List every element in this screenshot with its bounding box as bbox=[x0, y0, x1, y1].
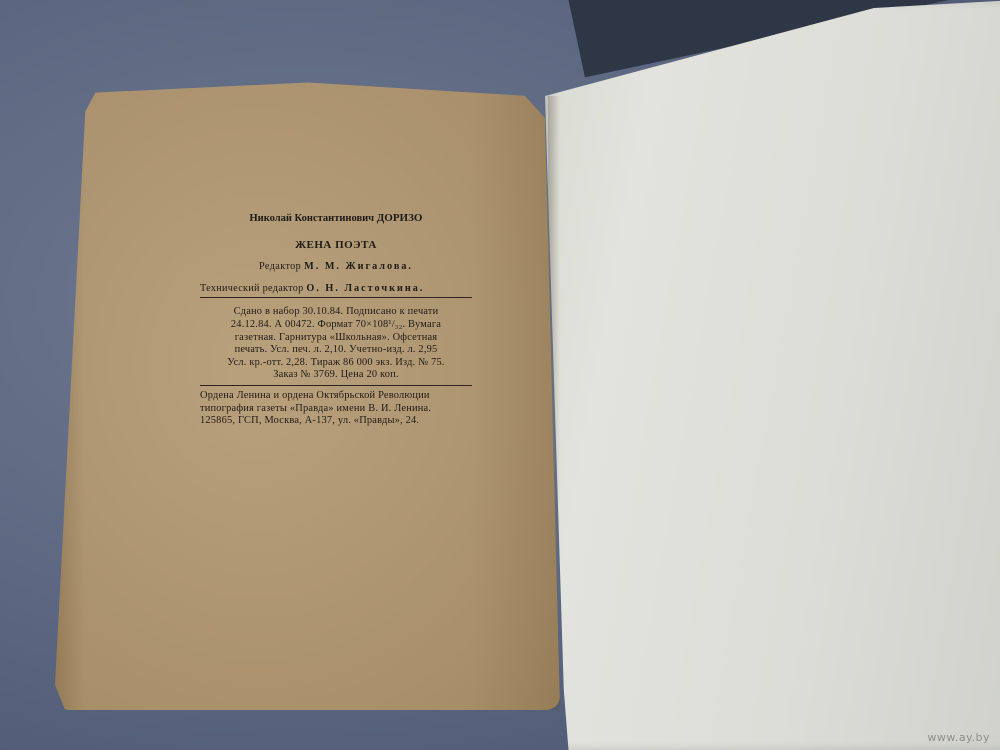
author-name: Николай Константинович bbox=[250, 213, 375, 224]
editor-name: М. М. Жигалова. bbox=[304, 261, 413, 272]
print-specs: Сдано в набор 30.10.84. Подписано к печа… bbox=[200, 302, 472, 386]
watermark: www.ay.by bbox=[927, 731, 990, 744]
spec-line: Усл. кр.-отт. 2,28. Тираж 86 000 экз. Из… bbox=[200, 357, 472, 370]
printer-line: типография газеты «Правда» имени В. И. Л… bbox=[200, 403, 472, 416]
spec-line: 24.12.84. А 00472. Формат 70×108¹/₃₂. Ву… bbox=[200, 319, 472, 332]
colophon-block: Николай Константинович ДОРИЗО ЖЕНА ПОЭТА… bbox=[200, 212, 472, 428]
spec-line: Заказ № 3769. Цена 20 коп. bbox=[200, 369, 472, 382]
printer-info: Ордена Ленина и ордена Октябрьской Револ… bbox=[200, 386, 472, 428]
editor-line: Редактор М. М. Жигалова. bbox=[200, 261, 472, 274]
tech-editor-line: Технический редактор О. Н. Ласточкина. bbox=[200, 283, 472, 299]
tech-editor-label: Технический редактор bbox=[200, 283, 304, 294]
spec-line: печать. Усл. печ. л. 2,10. Учетно-изд. л… bbox=[200, 344, 472, 357]
author-line: Николай Константинович ДОРИЗО bbox=[200, 212, 472, 226]
tech-editor-name: О. Н. Ласточкина. bbox=[306, 283, 424, 294]
spec-line: газетная. Гарнитура «Школьная». Офсетная bbox=[200, 332, 472, 345]
author-surname: ДОРИЗО bbox=[377, 212, 423, 224]
right-blank-page bbox=[545, 0, 1000, 750]
book-title: ЖЕНА ПОЭТА bbox=[200, 239, 472, 252]
printer-line: Ордена Ленина и ордена Октябрьской Револ… bbox=[200, 390, 472, 403]
spec-line: Сдано в набор 30.10.84. Подписано к печа… bbox=[200, 306, 472, 319]
editor-label: Редактор bbox=[259, 261, 301, 272]
printer-line: 125865, ГСП, Москва, А-137, ул. «Правды»… bbox=[200, 415, 472, 428]
